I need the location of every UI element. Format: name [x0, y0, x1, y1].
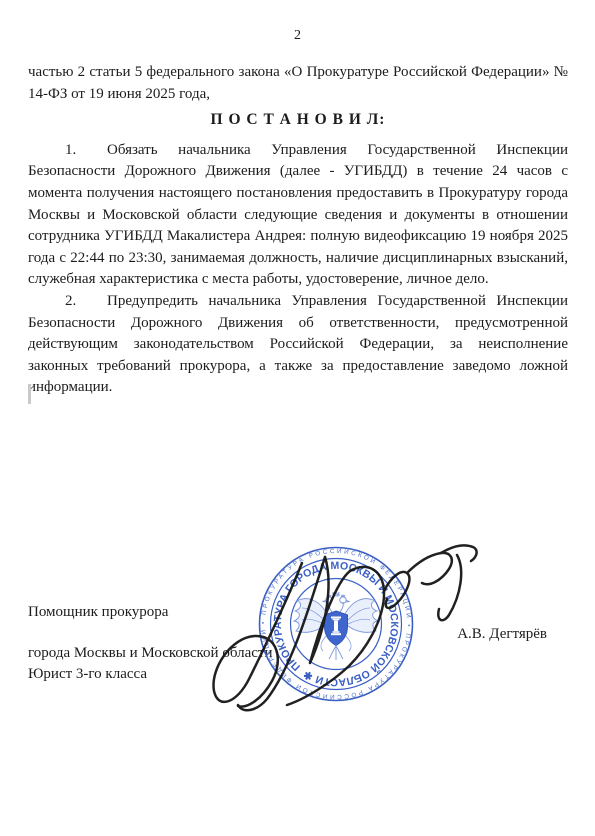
paragraph-text: Предупредить начальника Управления Госуд…: [28, 293, 568, 395]
intro-paragraph: частью 2 статьи 5 федерального закона «О…: [28, 62, 568, 105]
paragraph-number: 1.: [65, 140, 107, 162]
resolution-item-2: 2.Предупредить начальника Управления Гос…: [28, 291, 568, 399]
paragraph-number: 2.: [65, 291, 107, 313]
paragraph-text: Обязать начальника Управления Государств…: [28, 142, 568, 288]
handwritten-signature: [205, 543, 490, 715]
signer-position-line-3: Юрист 3-го класса: [28, 666, 147, 683]
page-number: 2: [0, 28, 595, 44]
resolution-item-1: 1.Обязать начальника Управления Государс…: [28, 140, 568, 291]
resolution-heading: П О С Т А Н О В И Л:: [28, 109, 568, 131]
signer-position-line-1: Помощник прокурора: [28, 604, 168, 621]
text-cursor: [28, 384, 31, 404]
document-page[interactable]: 2 частью 2 статьи 5 федерального закона …: [0, 0, 595, 836]
document-body: частью 2 статьи 5 федерального закона «О…: [28, 62, 568, 399]
